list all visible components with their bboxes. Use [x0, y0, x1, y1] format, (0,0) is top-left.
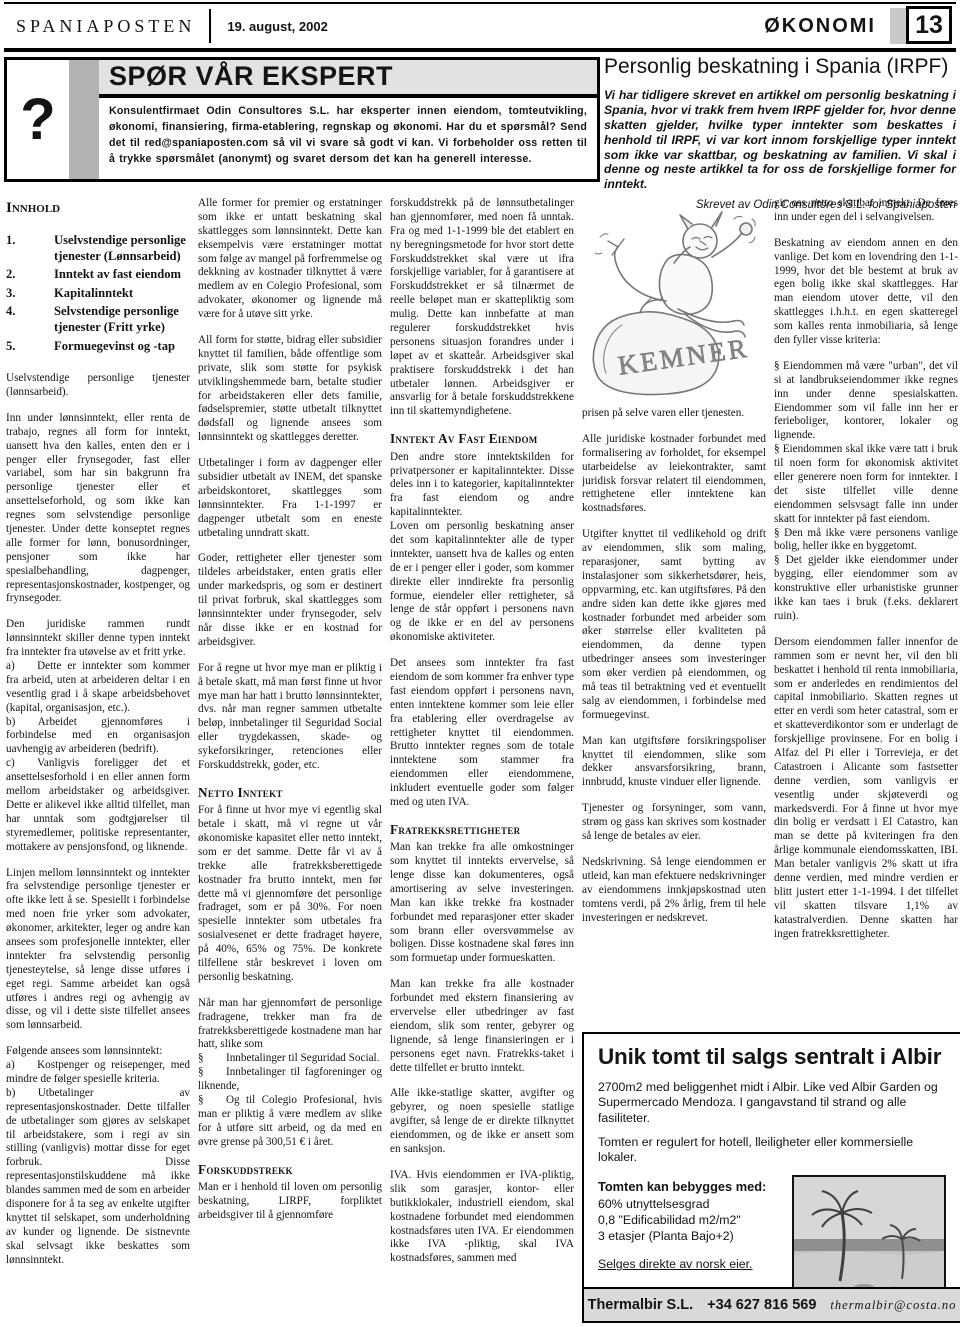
body-paragraph: gir oss netto skattbar inntekt. De føres…	[774, 197, 958, 225]
section-label: ØKONOMI	[764, 15, 876, 38]
toc-item-label: Formuegevinst og -tap	[54, 338, 190, 354]
article-intro: Vi har tidligere skrevet en artikkel om …	[604, 88, 956, 192]
body-paragraph: § Innbetalinger til Seguridad Social.	[198, 1052, 382, 1066]
body-paragraph: Linjen mellom lønnsinntekt og inntekter …	[6, 867, 190, 1034]
body-paragraph: Følgende ansees som lønnsinntekt:	[6, 1045, 190, 1059]
body-paragraph: c) Vanligvis foreligger det et ansettels…	[6, 757, 190, 854]
body-paragraph: Inn under lønnsinntekt, eller renta de t…	[6, 412, 190, 606]
ad-build-heading: Tomten kan bebygges med:	[598, 1179, 782, 1196]
ad-seller-note: Selges direkte av norsk eier.	[598, 1257, 782, 1273]
body-paragraph: For å regne ut hvor mye man er pliktig i…	[198, 662, 382, 773]
expert-body: Konsulentfirmaet Odin Consultores S.L. h…	[99, 98, 597, 168]
body-paragraph: § Og til Colegio Profesional, hvis man e…	[198, 1094, 382, 1150]
masthead: SPANIAPOSTEN 19. august, 2002 ØKONOMI 13	[4, 4, 956, 52]
newspaper-page: SPANIAPOSTEN 19. august, 2002 ØKONOMI 13…	[0, 0, 960, 1327]
ad-phone-number: +34 627 816 569	[707, 1297, 816, 1313]
article-column-4: KEMNER prisen på selve varen eller tjene…	[582, 197, 766, 1027]
body-paragraph: prisen på selve varen eller tjenesten.	[582, 407, 766, 421]
subsection-heading: Netto Inntekt	[198, 785, 382, 801]
body-paragraph: b) Arbeidet gjennomføres i forbindelse m…	[6, 716, 190, 758]
toc-item-label: Kapitalinntekt	[54, 285, 190, 301]
ask-expert-box: ? SPØR VÅR EKSPERT Konsulentfirmaet Odin…	[4, 57, 600, 182]
paper-name: SPANIAPOSTEN	[4, 16, 209, 37]
ad-build-item: 3 etasjer (Planta Bajo+2)	[598, 1229, 782, 1245]
body-paragraph: IVA. Hvis eiendommen er IVA-pliktig, sli…	[390, 1169, 574, 1266]
article-column-2: Alle former for premier og erstatninger …	[198, 197, 382, 1321]
body-paragraph: Alle juridiske kostnader forbundet med f…	[582, 433, 766, 516]
ad-title: Unik tomt til salgs sentralt i Albir	[598, 1044, 946, 1070]
body-paragraph: Dersom eiendommen faller innenfor de ram…	[774, 636, 958, 942]
subsection-heading: Fratrekksrettigheter	[390, 822, 574, 838]
toc-item-label: Uselvstendige personlige tjenester (Lønn…	[54, 232, 190, 265]
body-paragraph: Når man har gjennomført de personlige fr…	[198, 997, 382, 1053]
body-paragraph: Man kan utgiftsføre forsikringspoliser k…	[582, 735, 766, 791]
ad-zoning: Tomten er regulert for hotell, lleilighe…	[598, 1135, 946, 1166]
body-paragraph: § Innbetalinger til fagforeninger og lik…	[198, 1066, 382, 1094]
body-paragraph: Utgifter knyttet til vedlikehold og drif…	[582, 528, 766, 722]
page-number-box: 13	[906, 6, 952, 46]
toc-item-number: 4.	[6, 303, 54, 336]
body-paragraph: Den andre store inntektskilden for priva…	[390, 451, 574, 520]
toc-item-number: 2.	[6, 266, 54, 282]
body-paragraph: Nedskrivning. Så lenge eiendommen er utl…	[582, 856, 766, 925]
article-head: Personlig beskatning i Spania (IRPF) Vi …	[604, 55, 956, 211]
gray-strip	[69, 60, 99, 179]
body-paragraph: Alle ikke-statlige skatter, avgifter og …	[390, 1087, 574, 1156]
body-paragraph: Alle former for premier og erstatninger …	[198, 197, 382, 322]
body-paragraph: Loven om personlig beskatning anser det …	[390, 520, 574, 645]
body-paragraph: Tjenester og forsyninger, som vann, strø…	[582, 802, 766, 844]
toc-heading: Innhold	[6, 199, 190, 218]
toc-item: 4. Selvstendige personlige tjenester (Fr…	[6, 303, 190, 336]
toc-item: 2. Inntekt av fast eiendom	[6, 266, 190, 282]
body-paragraph: § Eiendommen skal ikke være tatt i bruk …	[774, 443, 958, 526]
beach-photo	[792, 1175, 946, 1301]
ad-email-address: thermalbir@costa.no	[830, 1298, 956, 1313]
ad-company-name: Thermalbir S.L.	[588, 1297, 694, 1313]
issue-date: 19. august, 2002	[211, 19, 327, 34]
toc-item-number: 1.	[6, 232, 54, 265]
toc-item: 1. Uselvstendige personlige tjenester (L…	[6, 232, 190, 265]
toc-item-number: 3.	[6, 285, 54, 301]
body-paragraph: a) Kostpenger og reisepenger, med mindre…	[6, 1059, 190, 1087]
toc-item: 5. Formuegevinst og -tap	[6, 338, 190, 354]
body-paragraph: § Den må ikke være personens vanlige bol…	[774, 527, 958, 555]
body-paragraph: § Eiendommen må være "urban", det vil si…	[774, 360, 958, 443]
body-paragraph: Man kan trekke fra alle omkostninger som…	[390, 841, 574, 966]
body-paragraph: Beskatning av eiendom annen en den vanli…	[774, 237, 958, 348]
ad-build-info: Tomten kan bebygges med: 60% utnyttelses…	[598, 1175, 782, 1301]
ad-detail-row: Tomten kan bebygges med: 60% utnyttelses…	[598, 1175, 946, 1301]
ad-contact-bar: Thermalbir S.L. +34 627 816 569 thermalb…	[584, 1287, 960, 1321]
subsection-heading: Forskuddstrekk	[198, 1162, 382, 1178]
toc-item-label: Inntekt av fast eiendom	[54, 266, 190, 282]
property-ad: Unik tomt til salgs sentralt i Albir 270…	[582, 1032, 960, 1323]
body-paragraph: Utbetalinger i form av dagpenger eller s…	[198, 457, 382, 540]
question-mark-icon: ?	[7, 60, 69, 179]
body-paragraph: Man kan trekke fra alle kostnader forbun…	[390, 978, 574, 1075]
body-paragraph: For å finne ut hvor mye vi egentlig skal…	[198, 804, 382, 985]
body-paragraph: b) Utbetalinger av representasjonskostna…	[6, 1087, 190, 1268]
body-paragraph: Uselvstendige personlige tjenester (lønn…	[6, 372, 190, 400]
body-paragraph: Goder, rettigheter eller tjenester som t…	[198, 552, 382, 649]
toc-item-label: Selvstendige personlige tjenester (Fritt…	[54, 303, 190, 336]
body-paragraph: a) Dette er inntekter som kommer fra arb…	[6, 660, 190, 716]
body-paragraph: Den juridiske rammen rundt lønnsinntekt …	[6, 618, 190, 660]
ad-build-item: 60% utnyttelsesgrad	[598, 1197, 782, 1213]
expert-title: SPØR VÅR EKSPERT	[99, 60, 597, 98]
article-column-5: gir oss netto skattbar inntekt. De føres…	[774, 197, 958, 1027]
body-paragraph: Det ansees som inntekter fra fast eiendo…	[390, 657, 574, 810]
toc-item: 3. Kapitalinntekt	[6, 285, 190, 301]
body-paragraph: Man er i henhold til loven om personlig …	[198, 1181, 382, 1223]
ad-build-item: 0,8 "Edificabilidad m2/m2"	[598, 1213, 782, 1229]
article-column-1: Innhold 1. Uselvstendige personlige tjen…	[6, 197, 190, 1321]
kemner-devil-cartoon: KEMNER	[582, 197, 766, 397]
article-column-3: forskuddstrekk på de lønnsutbetalinger h…	[390, 197, 574, 1321]
expert-content: SPØR VÅR EKSPERT Konsulentfirmaet Odin C…	[99, 60, 597, 179]
body-paragraph: All form for støtte, bidrag eller subsid…	[198, 334, 382, 445]
toc-list: 1. Uselvstendige personlige tjenester (L…	[6, 232, 190, 355]
article-title: Personlig beskatning i Spania (IRPF)	[604, 55, 956, 79]
toc-item-number: 5.	[6, 338, 54, 354]
subsection-heading: Inntekt Av Fast Eiendom	[390, 431, 574, 447]
body-paragraph: forskuddstrekk på de lønnsutbetalinger h…	[390, 197, 574, 419]
body-paragraph: § Det gjelder ikke eiendommer under bygg…	[774, 554, 958, 623]
page-number: 13	[906, 6, 952, 44]
ad-description: 2700m2 med beliggenhet midt i Albir. Lik…	[598, 1080, 946, 1126]
